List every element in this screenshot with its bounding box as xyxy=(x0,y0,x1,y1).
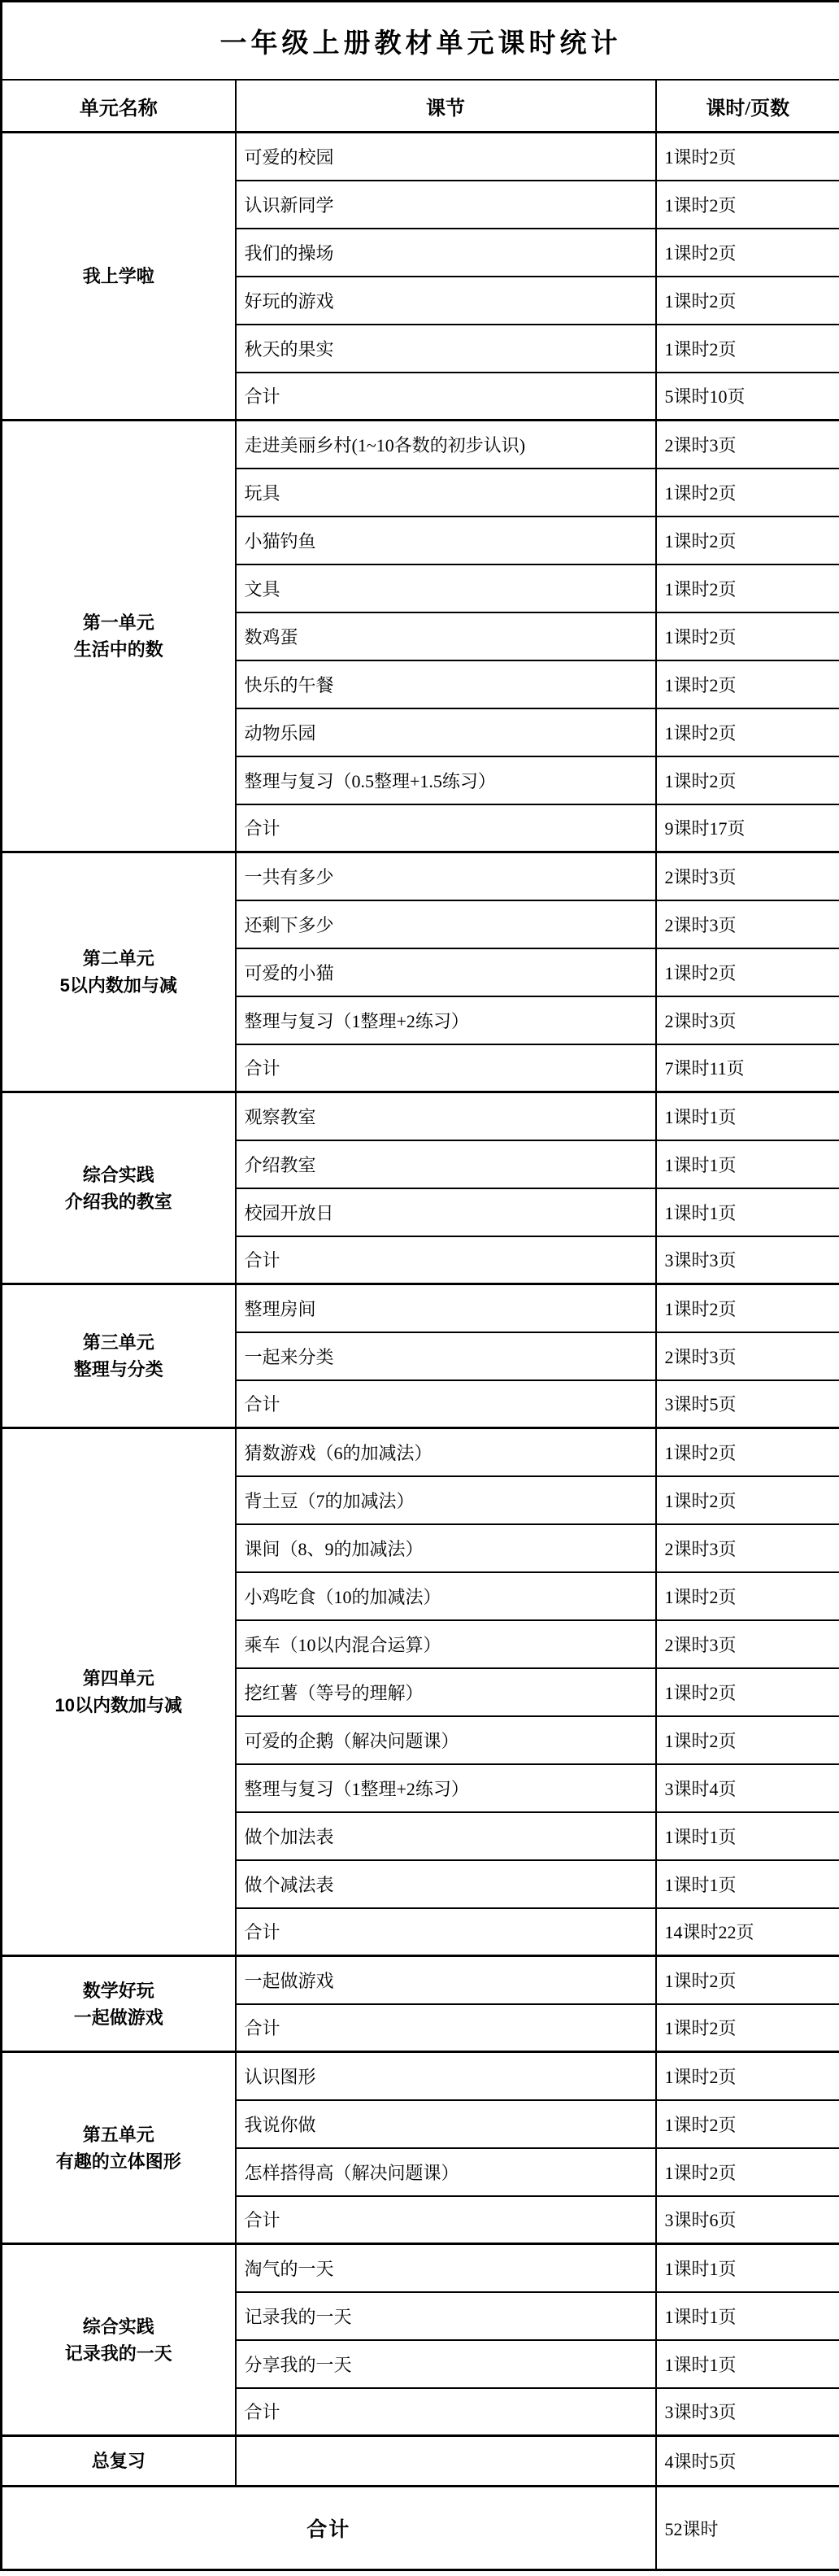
table-row: 数学好玩一起做游戏一起做游戏1课时2页 xyxy=(2,1956,839,2004)
table-body: 我上学啦可爱的校园1课时2页认识新同学1课时2页我们的操场1课时2页好玩的游戏1… xyxy=(2,133,839,2436)
lesson-cell: 好玩的游戏 xyxy=(236,277,656,325)
lesson-cell: 文具 xyxy=(236,564,656,612)
review-lesson-empty xyxy=(236,2436,656,2487)
hours-cell: 1课时2页 xyxy=(656,948,839,996)
hours-cell: 1课时2页 xyxy=(656,564,839,612)
grand-total-hours: 52课时 xyxy=(656,2487,839,2570)
hours-cell: 1课时2页 xyxy=(656,1476,839,1524)
lesson-cell: 整理房间 xyxy=(236,1284,656,1332)
hours-cell: 1课时2页 xyxy=(656,1956,839,2004)
lesson-cell: 淘气的一天 xyxy=(236,2244,656,2292)
lesson-cell: 可爱的校园 xyxy=(236,133,656,181)
lesson-cell: 动物乐园 xyxy=(236,708,656,756)
lesson-cell: 认识图形 xyxy=(236,2052,656,2100)
hours-cell: 1课时1页 xyxy=(656,1140,839,1188)
lesson-cell: 合计 xyxy=(236,2196,656,2244)
lesson-cell: 一起来分类 xyxy=(236,1332,656,1380)
lesson-cell: 走进美丽乡村(1~10各数的初步认识) xyxy=(236,421,656,469)
hours-cell: 3课时5页 xyxy=(656,1380,839,1428)
hours-cell: 1课时1页 xyxy=(656,1860,839,1908)
hours-cell: 1课时2页 xyxy=(656,181,839,229)
review-row: 总复习 4课时5页 xyxy=(2,2436,839,2487)
unit-name-cell: 第二单元5以内数加与减 xyxy=(2,852,236,1092)
grand-total-row: 合计 52课时 xyxy=(2,2487,839,2570)
lesson-cell: 乘车（10以内混合运算） xyxy=(236,1620,656,1668)
lesson-cell: 挖红薯（等号的理解） xyxy=(236,1668,656,1716)
lesson-cell: 做个减法表 xyxy=(236,1860,656,1908)
lesson-cell: 小猫钓鱼 xyxy=(236,517,656,564)
unit-name-cell: 综合实践介绍我的教室 xyxy=(2,1092,236,1284)
lesson-cell: 整理与复习（1整理+2练习） xyxy=(236,996,656,1044)
lesson-cell: 合计 xyxy=(236,804,656,852)
hours-cell: 1课时2页 xyxy=(656,517,839,564)
unit-name-cell: 我上学啦 xyxy=(2,133,236,421)
lesson-cell: 合计 xyxy=(236,1908,656,1956)
lesson-cell: 合计 xyxy=(236,2004,656,2052)
lesson-cell: 秋天的果实 xyxy=(236,325,656,373)
hours-cell: 2课时3页 xyxy=(656,852,839,900)
hours-cell: 2课时3页 xyxy=(656,996,839,1044)
grand-total-label: 合计 xyxy=(2,2487,656,2570)
hours-cell: 1课时2页 xyxy=(656,612,839,660)
hours-cell: 1课时2页 xyxy=(656,2100,839,2148)
unit-name-cell: 第四单元10以内数加与减 xyxy=(2,1428,236,1956)
hours-cell: 3课时3页 xyxy=(656,2388,839,2436)
lesson-cell: 记录我的一天 xyxy=(236,2292,656,2340)
hours-cell: 3课时3页 xyxy=(656,1236,839,1284)
hours-cell: 1课时2页 xyxy=(656,2004,839,2052)
lesson-cell: 分享我的一天 xyxy=(236,2340,656,2388)
lesson-cell: 校园开放日 xyxy=(236,1188,656,1236)
lesson-cell: 玩具 xyxy=(236,469,656,517)
hours-cell: 1课时2页 xyxy=(656,2148,839,2196)
hours-cell: 1课时1页 xyxy=(656,1188,839,1236)
lesson-cell: 怎样搭得高（解决问题课） xyxy=(236,2148,656,2196)
hours-cell: 5课时10页 xyxy=(656,373,839,421)
lesson-cell: 可爱的企鹅（解决问题课） xyxy=(236,1716,656,1764)
hours-cell: 2课时3页 xyxy=(656,1332,839,1380)
table-row: 综合实践介绍我的教室观察教室1课时1页 xyxy=(2,1092,839,1140)
lesson-cell: 猜数游戏（6的加减法） xyxy=(236,1428,656,1476)
unit-name-cell: 第一单元生活中的数 xyxy=(2,421,236,852)
lesson-cell: 课间（8、9的加减法） xyxy=(236,1524,656,1572)
lesson-cell: 观察教室 xyxy=(236,1092,656,1140)
lesson-cell: 合计 xyxy=(236,1380,656,1428)
hours-cell: 1课时2页 xyxy=(656,469,839,517)
table-row: 综合实践记录我的一天淘气的一天1课时1页 xyxy=(2,2244,839,2292)
lesson-cell: 一共有多少 xyxy=(236,852,656,900)
hours-cell: 1课时2页 xyxy=(656,2052,839,2100)
hours-cell: 1课时2页 xyxy=(656,708,839,756)
title-row: 一年级上册教材单元课时统计 xyxy=(2,2,839,81)
col-header-unit-name: 单元名称 xyxy=(2,80,236,133)
hours-cell: 3课时6页 xyxy=(656,2196,839,2244)
table-row: 第五单元有趣的立体图形认识图形1课时2页 xyxy=(2,2052,839,2100)
hours-cell: 1课时1页 xyxy=(656,2340,839,2388)
lesson-cell: 介绍教室 xyxy=(236,1140,656,1188)
hours-cell: 1课时1页 xyxy=(656,2244,839,2292)
unit-name-cell: 综合实践记录我的一天 xyxy=(2,2244,236,2436)
hours-cell: 1课时2页 xyxy=(656,277,839,325)
unit-name-review: 总复习 xyxy=(2,2436,236,2487)
unit-name-cell: 数学好玩一起做游戏 xyxy=(2,1956,236,2052)
lesson-cell: 还剩下多少 xyxy=(236,900,656,948)
lesson-cell: 快乐的午餐 xyxy=(236,660,656,708)
hours-cell: 1课时1页 xyxy=(656,2292,839,2340)
table-row: 第一单元生活中的数走进美丽乡村(1~10各数的初步认识)2课时3页 xyxy=(2,421,839,469)
hours-cell: 7课时11页 xyxy=(656,1044,839,1092)
hours-cell: 1课时2页 xyxy=(656,756,839,804)
unit-name-cell: 第三单元整理与分类 xyxy=(2,1284,236,1428)
lesson-cell: 做个加法表 xyxy=(236,1812,656,1860)
unit-name-cell: 第五单元有趣的立体图形 xyxy=(2,2052,236,2244)
lesson-cell: 一起做游戏 xyxy=(236,1956,656,2004)
table-row: 我上学啦可爱的校园1课时2页 xyxy=(2,133,839,181)
hours-cell: 1课时2页 xyxy=(656,229,839,277)
hours-cell: 2课时3页 xyxy=(656,900,839,948)
hours-cell: 14课时22页 xyxy=(656,1908,839,1956)
col-header-lesson: 课节 xyxy=(236,80,656,133)
lesson-cell: 合计 xyxy=(236,1044,656,1092)
lesson-cell: 整理与复习（0.5整理+1.5练习） xyxy=(236,756,656,804)
table-row: 第四单元10以内数加与减猜数游戏（6的加减法）1课时2页 xyxy=(2,1428,839,1476)
lesson-cell: 认识新同学 xyxy=(236,181,656,229)
hours-cell: 1课时2页 xyxy=(656,133,839,181)
col-header-hours-pages: 课时/页数 xyxy=(656,80,839,133)
hours-cell: 2课时3页 xyxy=(656,1524,839,1572)
hours-cell: 2课时3页 xyxy=(656,421,839,469)
hours-cell: 1课时2页 xyxy=(656,1284,839,1332)
page: 一年级上册教材单元课时统计 单元名称 课节 课时/页数 我上学啦可爱的校园1课时… xyxy=(0,0,839,2571)
hours-cell: 1课时2页 xyxy=(656,1428,839,1476)
hours-cell: 1课时2页 xyxy=(656,325,839,373)
table-row: 第三单元整理与分类整理房间1课时2页 xyxy=(2,1284,839,1332)
table-row: 第二单元5以内数加与减一共有多少2课时3页 xyxy=(2,852,839,900)
hours-cell: 1课时2页 xyxy=(656,1716,839,1764)
hours-cell: 1课时2页 xyxy=(656,1668,839,1716)
hours-cell: 1课时2页 xyxy=(656,1572,839,1620)
lesson-cell: 数鸡蛋 xyxy=(236,612,656,660)
course-hours-table: 一年级上册教材单元课时统计 单元名称 课节 课时/页数 我上学啦可爱的校园1课时… xyxy=(0,0,839,2571)
lesson-cell: 我们的操场 xyxy=(236,229,656,277)
hours-cell: 9课时17页 xyxy=(656,804,839,852)
lesson-cell: 背土豆（7的加减法） xyxy=(236,1476,656,1524)
column-header-row: 单元名称 课节 课时/页数 xyxy=(2,80,839,133)
hours-cell: 3课时4页 xyxy=(656,1764,839,1812)
lesson-cell: 我说你做 xyxy=(236,2100,656,2148)
lesson-cell: 合计 xyxy=(236,2388,656,2436)
hours-cell: 1课时1页 xyxy=(656,1092,839,1140)
review-hours: 4课时5页 xyxy=(656,2436,839,2487)
lesson-cell: 合计 xyxy=(236,1236,656,1284)
lesson-cell: 可爱的小猫 xyxy=(236,948,656,996)
lesson-cell: 整理与复习（1整理+2练习） xyxy=(236,1764,656,1812)
hours-cell: 2课时3页 xyxy=(656,1620,839,1668)
lesson-cell: 小鸡吃食（10的加减法） xyxy=(236,1572,656,1620)
lesson-cell: 合计 xyxy=(236,373,656,421)
page-title: 一年级上册教材单元课时统计 xyxy=(2,2,839,81)
hours-cell: 1课时2页 xyxy=(656,660,839,708)
hours-cell: 1课时1页 xyxy=(656,1812,839,1860)
